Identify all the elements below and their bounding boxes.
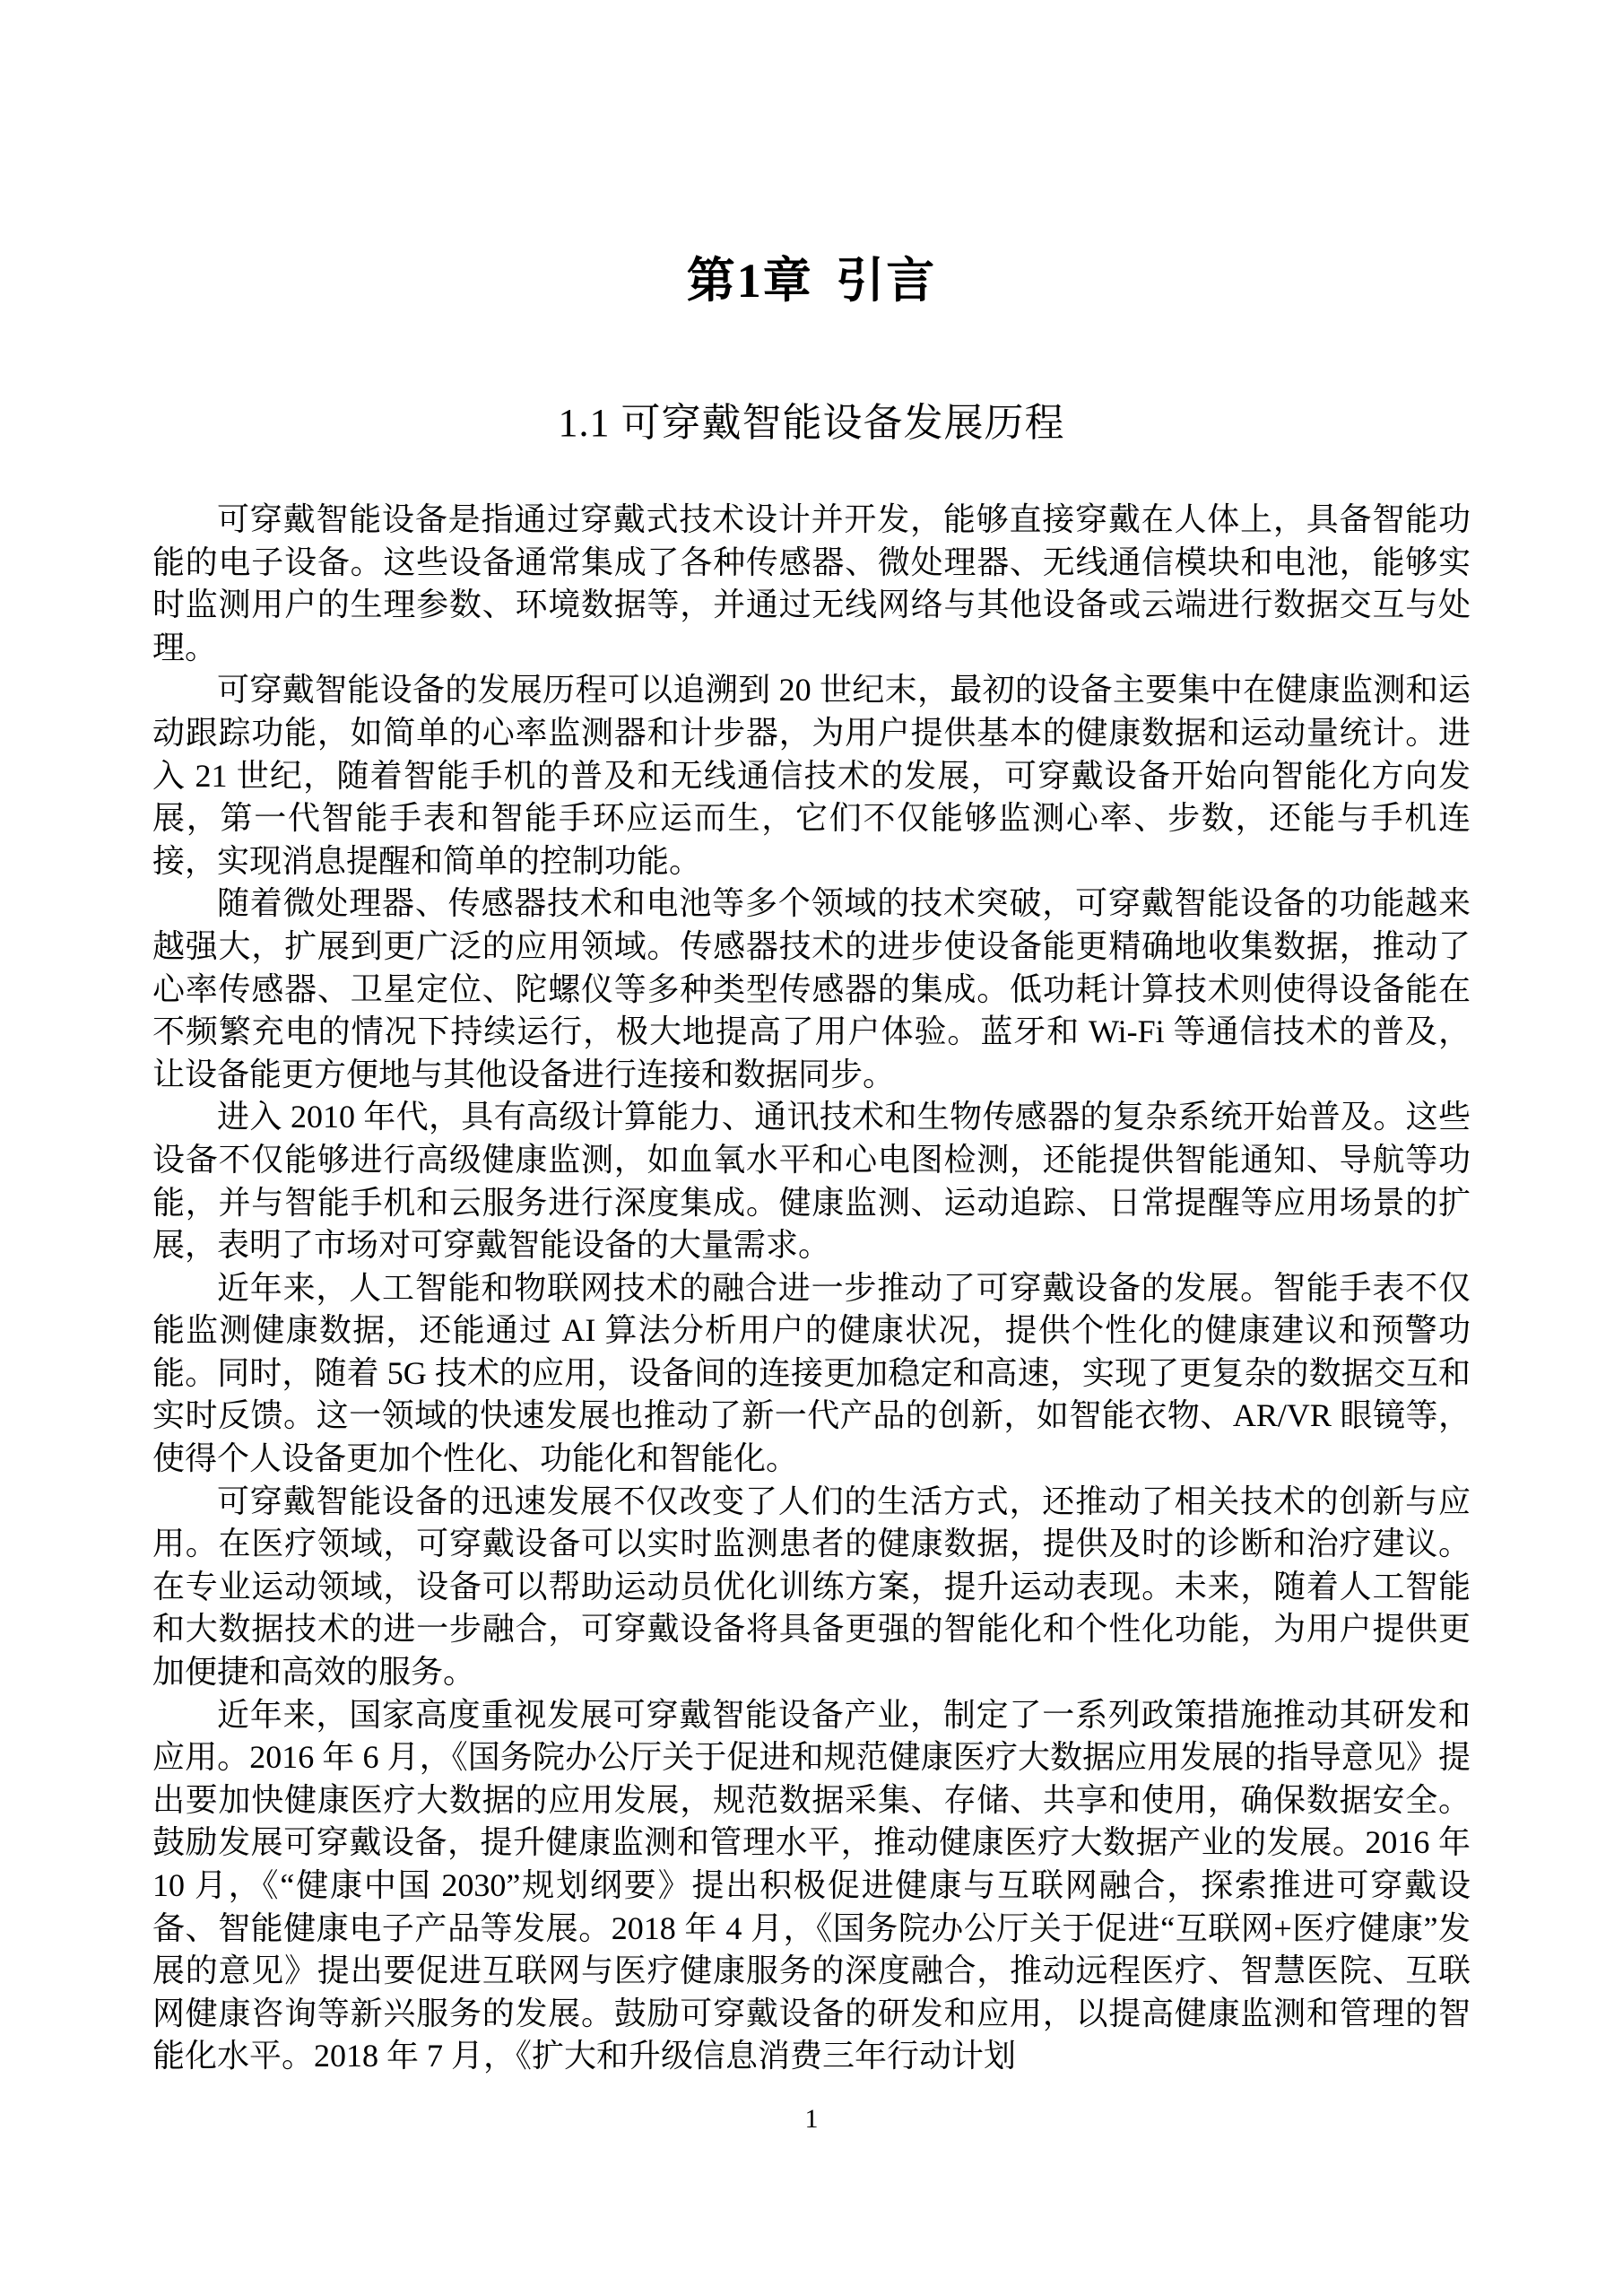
document-page: 第1章 引言 1.1 可穿戴智能设备发展历程 可穿戴智能设备是指通过穿戴式技术设… <box>0 0 1623 2296</box>
paragraph-1: 可穿戴智能设备是指通过穿戴式技术设计并开发，能够直接穿戴在人体上，具备智能功能的… <box>152 499 1471 669</box>
chapter-title: 第1章 引言 <box>152 249 1471 312</box>
paragraph-2: 可穿戴智能设备的发展历程可以追溯到 20 世纪末，最初的设备主要集中在健康监测和… <box>152 669 1471 883</box>
page-number: 1 <box>0 2104 1623 2135</box>
paragraph-3: 随着微处理器、传感器技术和电池等多个领域的技术突破，可穿戴智能设备的功能越来越强… <box>152 883 1471 1096</box>
paragraph-4: 进入 2010 年代，具有高级计算能力、通讯技术和生物传感器的复杂系统开始普及。… <box>152 1096 1471 1266</box>
paragraph-7: 近年来，国家高度重视发展可穿戴智能设备产业，制定了一系列政策措施推动其研发和应用… <box>152 1694 1471 2078</box>
body-text: 可穿戴智能设备是指通过穿戴式技术设计并开发，能够直接穿戴在人体上，具备智能功能的… <box>152 499 1471 2078</box>
section-title: 1.1 可穿戴智能设备发展历程 <box>152 398 1471 448</box>
paragraph-6: 可穿戴智能设备的迅速发展不仅改变了人们的生活方式，还推动了相关技术的创新与应用。… <box>152 1481 1471 1694</box>
paragraph-5: 近年来，人工智能和物联网技术的融合进一步推动了可穿戴设备的发展。智能手表不仅能监… <box>152 1267 1471 1481</box>
